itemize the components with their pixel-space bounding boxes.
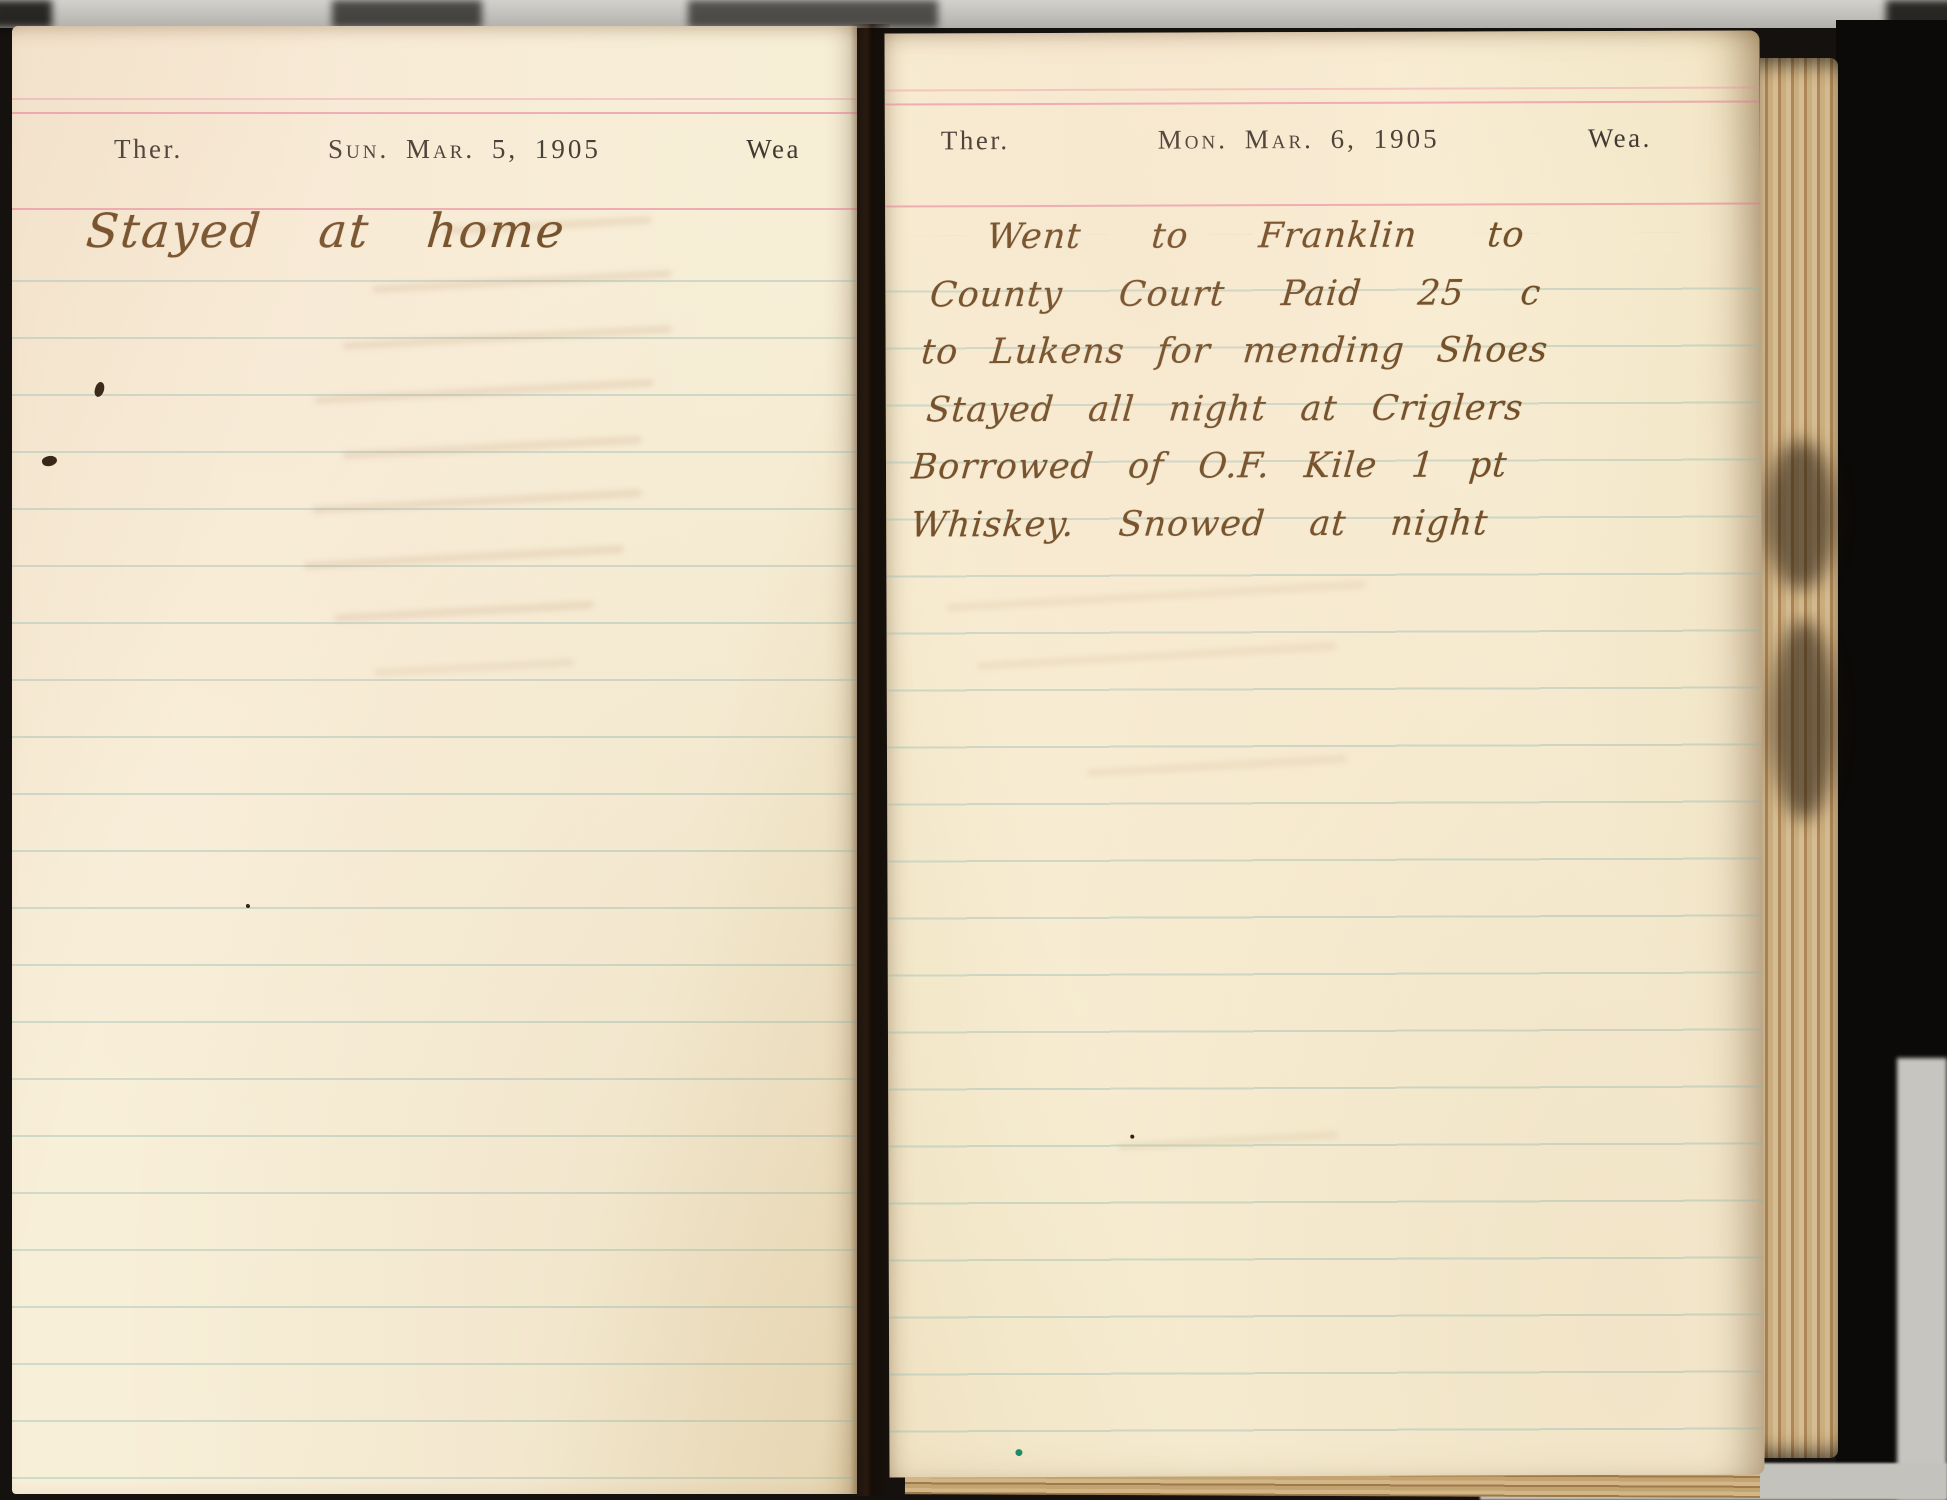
pink-rule [885,100,1760,105]
page-edge-shadow [1766,440,1836,590]
ink-speck [246,904,250,908]
ther-label: Ther. [941,125,1010,156]
page-gutter [850,24,890,1496]
ink-speck [1130,1135,1134,1139]
handwritten-entry: Went to Franklin to County Court Paid 25… [902,207,1560,554]
scan-shadow-patch [688,0,938,28]
green-speck [1015,1449,1022,1456]
wea-label: Wea [746,134,801,165]
wea-label: Wea. [1588,123,1652,154]
scanner-bed-right [1897,1058,1947,1500]
ther-label: Ther. [114,134,183,165]
handwritten-line: Borrowed of O.F. Kile 1 pt [909,437,1541,497]
printed-page-header: Ther. Mon. Mar. 6, 1905 Wea. [941,123,1652,156]
scanner-bed-top [0,0,1947,28]
pink-rule [885,86,1760,91]
handwritten-line: Stayed all night at Criglers [924,380,1546,440]
handwritten-line: to Lukens for mending Shoes [919,322,1551,382]
page-date: Sun. Mar. 5, 1905 [328,134,601,165]
diary-page-right: Ther. Mon. Mar. 6, 1905 Wea. Went to Fra… [884,30,1764,1477]
pink-rule [885,202,1760,207]
page-edge-shadow [1772,620,1836,820]
handwritten-line: County Court Paid 25 c [928,265,1556,325]
handwritten-line: Whiskey. Snowed at night [908,495,1536,555]
pink-rule [12,112,857,114]
scan-shadow-patch [0,0,52,28]
ruled-lines [12,225,857,1484]
handwritten-line: Went to Franklin to [984,207,1560,267]
printed-page-header: Ther. Sun. Mar. 5, 1905 Wea [114,134,801,165]
diary-page-left: Ther. Sun. Mar. 5, 1905 Wea Stayed at ho… [12,26,857,1494]
page-date: Mon. Mar. 6, 1905 [1158,124,1440,156]
diary-scan: Ther. Sun. Mar. 5, 1905 Wea Stayed at ho… [0,0,1947,1500]
scan-shadow-patch [332,0,482,28]
pink-rule [12,98,857,100]
